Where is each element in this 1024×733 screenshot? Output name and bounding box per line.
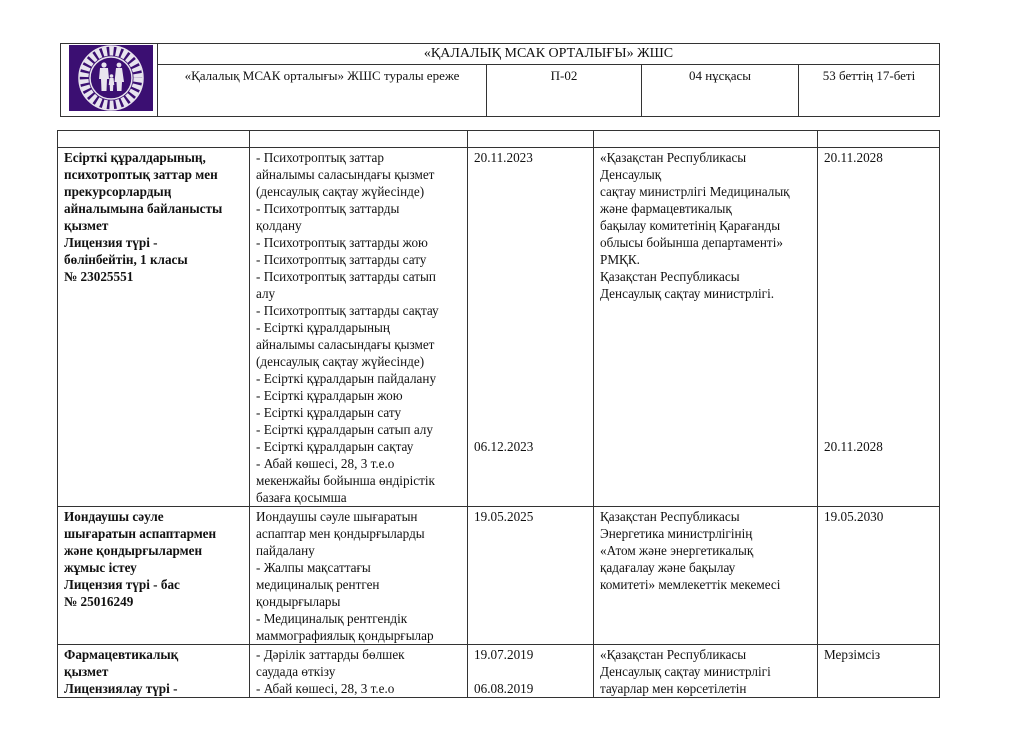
table-row: Фармацевтикалық қызмет Лицензиялау түрі … <box>58 645 940 698</box>
doc-version: 04 нұсқасы <box>642 65 799 117</box>
issue-date: 20.11.2023 <box>474 149 587 166</box>
logo-cell <box>61 44 158 117</box>
issuer-cell: «Қазақстан Республикасы Денсаулық сақтау… <box>594 645 818 698</box>
licenses-table: Есірткі құралдарының, психотроптық затта… <box>57 130 940 698</box>
valid-until-cell: 20.11.2028 20.11.2028 <box>818 148 940 507</box>
table-row: Есірткі құралдарының, психотроптық затта… <box>58 148 940 507</box>
issue-date-cell: 19.07.2019 06.08.2019 <box>468 645 594 698</box>
subtypes-cell: - Психотроптық заттар айналымы саласында… <box>250 148 468 507</box>
family-emblem-icon <box>69 45 153 111</box>
table-row: Иондаушы сәуле шығаратын аспаптармен жән… <box>58 507 940 645</box>
issue-date-cell: 19.05.2025 <box>468 507 594 645</box>
valid-until-cell: Мерзімсіз <box>818 645 940 698</box>
valid-until: Мерзімсіз <box>824 646 933 663</box>
issue-date-2: 06.12.2023 <box>474 438 587 455</box>
valid-until-2: 20.11.2028 <box>824 438 933 455</box>
activity-cell: Фармацевтикалық қызмет Лицензиялау түрі … <box>58 645 250 698</box>
issue-date-cell: 20.11.2023 06.12.2023 <box>468 148 594 507</box>
subtypes-cell: - Дәрілік заттарды бөлшек саудада өткізу… <box>250 645 468 698</box>
valid-until: 19.05.2030 <box>824 508 933 525</box>
issuer-cell: Қазақстан Республикасы Энергетика минист… <box>594 507 818 645</box>
document-header: «ҚАЛАЛЫҚ МСАК ОРТАЛЫҒЫ» ЖШС «Қалалық МСА… <box>60 43 940 117</box>
page-number: 53 беттің 17-беті <box>799 65 940 117</box>
doc-code: П-02 <box>487 65 642 117</box>
valid-until-cell: 19.05.2030 <box>818 507 940 645</box>
issue-date: 19.07.2019 <box>474 646 587 663</box>
issue-date: 19.05.2025 <box>474 508 587 525</box>
subtypes-cell: Иондаушы сәуле шығаратын аспаптар мен қо… <box>250 507 468 645</box>
issue-date-2: 06.08.2019 <box>474 680 587 697</box>
org-title: «ҚАЛАЛЫҚ МСАК ОРТАЛЫҒЫ» ЖШС <box>158 44 940 65</box>
valid-until: 20.11.2028 <box>824 149 933 166</box>
doc-name: «Қалалық МСАК орталығы» ЖШС туралы ереже <box>158 65 487 117</box>
table-header-row <box>58 131 940 148</box>
issuer-cell: «Қазақстан Республикасы Денсаулық сақтау… <box>594 148 818 507</box>
activity-cell: Иондаушы сәуле шығаратын аспаптармен жән… <box>58 507 250 645</box>
activity-cell: Есірткі құралдарының, психотроптық затта… <box>58 148 250 507</box>
